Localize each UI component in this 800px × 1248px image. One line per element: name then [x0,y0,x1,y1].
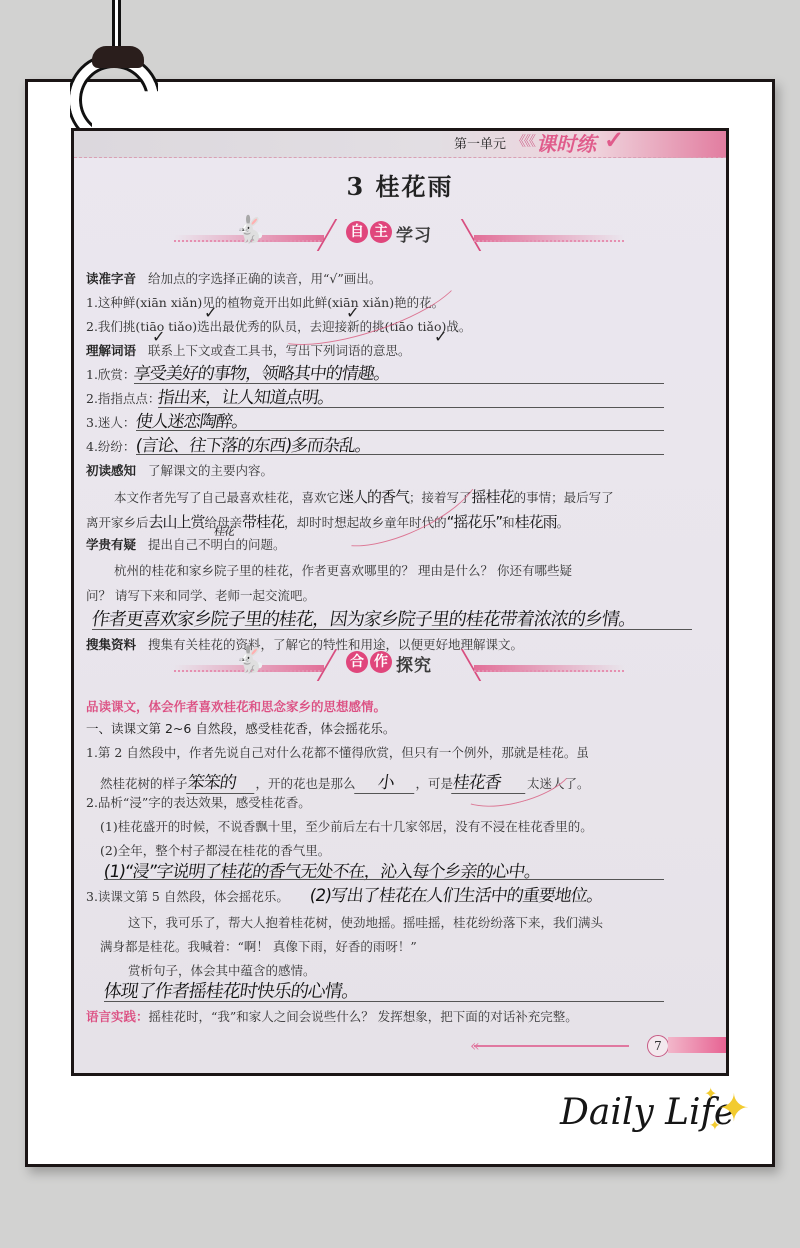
banner-title: 探究 [396,651,432,676]
badge-char: 合 [346,651,368,673]
handwritten-blank: “摇花乐” [447,513,503,531]
handwritten-answer: (2)写出了桂花在人们生活中的重要地位。 [308,881,605,906]
badge-char: 作 [370,651,392,673]
handwritten-answer: 指出来，让人知道点明。 [156,383,336,408]
text: 的事情；最后写了 [514,490,614,505]
ask-questions-row: 学贵有疑提出自己不明白的问题。 [86,535,286,553]
sentence-1: (1)桂花盛开的时候，不说香飘十里，至少前后左右十几家邻居，没有不浸在桂花香里的… [100,817,593,835]
handwritten-blank: 笨笨的 [186,768,258,794]
section-label: 学贵有疑 [86,537,136,552]
handwritten-answer: (言论、往下落的东西)多而杂乱。 [134,431,373,456]
instruction: 联系上下文或查工具书，写出下列词语的意思。 [148,343,411,358]
page-header: 第一单元 《《《 课时练 ✓ [74,131,726,158]
page-number: 7 [647,1035,669,1057]
section-label: 理解词语 [86,343,136,358]
text: 本文作者先写了自己最喜欢桂花，喜欢它 [114,490,339,505]
practice-label: 语言实践： [86,1009,149,1024]
answer-line [104,1001,664,1002]
handwritten-answer: 作者更喜欢家乡院子里的桂花，因为家乡院子里的桂花带着浓浓的乡情。 [90,605,638,631]
section-label: 搜集资料 [86,637,136,652]
unit-label: 第一单元 [454,133,506,152]
sparkles-icon: ✦ [709,1118,721,1134]
banner-line-right [474,235,624,242]
hanger-wire [112,0,121,50]
question-text: 问？ 请写下来和同学、老师一起交流吧。 [86,586,315,604]
section-banner-self-study: 🐇 自 主 学习 [174,213,624,253]
handwritten-blank: 去山上赏 [149,513,205,531]
text: 和 [502,515,515,530]
handwritten-blank: 小 [354,768,418,794]
lesson-title: 3 桂花雨 [74,167,726,202]
question-2-title: 2.品析“浸”字的表达效果，感受桂花香。 [86,793,311,811]
instruction: 提出自己不明白的问题。 [148,537,286,552]
double-chevron-left-icon: 《《《 [512,131,534,151]
answer-line [104,879,664,880]
understand-words-row: 理解词语联系上下文或查工具书，写出下列词语的意思。 [86,341,411,359]
answer-line [92,629,692,630]
sparkles-icon: ✦ [718,1086,750,1130]
handwritten-blank: 带桂花 [242,513,284,531]
rabbit-icon: 🐇 [234,645,266,675]
first-reading-row: 初读感知了解课文的主要内容。 [86,461,273,479]
footer-color-bar [668,1037,729,1053]
check-mark-icon: ✓ [604,128,624,154]
passage-line: 满身都是桂花。我喊着：“啊！ 真像下雨，好香的雨呀！” [100,937,417,955]
handwritten-answer: 享受美好的事物，领略其中的情趣。 [132,359,392,384]
question-text: 杭州的桂花和家乡院子里的桂花，作者更喜欢哪里的？ 理由是什么？ 你还有哪些疑 [114,561,572,579]
text: ，可是 [416,776,454,791]
check-mark-icon: ✓ [434,327,447,346]
section-label: 读准字音 [86,271,136,286]
sparkles-icon: ✦ [704,1084,717,1103]
handwritten-answer: 使人迷恋陶醉。 [134,407,250,432]
term-label: 4.纷纷： [86,437,135,455]
footer-arrow-line [474,1045,629,1047]
badge-char: 主 [370,221,392,243]
term-label: 2.指指点点： [86,389,160,407]
text: ，开的花也是那么 [256,776,356,791]
language-practice-row: 语言实践：摇桂花时，“我”和家人之间会说些什么？ 发挥想象，把下面的对话补充完整… [86,1007,578,1025]
passage-line: 这下，我可乐了，帮大人抱着桂花树，使劲地摇。摇哇摇，桂花纷纷落下来，我们满头 [128,913,603,931]
handwritten-blank: 摇桂花 [472,488,514,506]
section-banner-cooperative: 🐇 合 作 探究 [174,643,624,683]
text: 。 [557,515,570,530]
answer-line [136,454,664,455]
banner-title: 学习 [396,221,432,246]
text: 离开家乡后 [86,515,149,530]
brand-label: 课时练 [536,128,596,157]
rabbit-icon: 🐇 [234,215,266,245]
section-label: 初读感知 [86,463,136,478]
handwritten-blank: 桂花雨 [515,513,557,531]
text: 然桂花树的样子 [100,776,188,791]
worksheet-photo: 第一单元 《《《 课时练 ✓ 3 桂花雨 🐇 自 主 学习 读准字音给加点的字选… [71,128,729,1076]
question-3-title: 3.读课文第 5 自然段，体会摇花乐。 [86,887,289,905]
term-label: 1.欣赏： [86,365,135,383]
handwritten-answer: 体现了作者摇桂花时快乐的心情。 [102,977,361,1003]
cooperative-heading: 品读课文，体会作者喜欢桂花和思念家乡的思想感情。 [86,697,386,715]
part-title: 一、读课文第 2~6 自然段，感受桂花香，体会摇花乐。 [86,719,395,737]
hanger-cap [92,46,144,68]
instruction: 了解课文的主要内容。 [148,463,273,478]
term-label: 3.迷人： [86,413,135,431]
summary-line-2: 离开家乡后去山上赏给母亲带桂花，却时时想起故乡童年时代的“摇花乐”和桂花雨。 [86,511,569,532]
badge-char: 自 [346,221,368,243]
banner-line-right [474,665,624,672]
practice-text: 摇桂花时，“我”和家人之间会说些什么？ 发挥想象，把下面的对话补充完整。 [149,1009,578,1024]
